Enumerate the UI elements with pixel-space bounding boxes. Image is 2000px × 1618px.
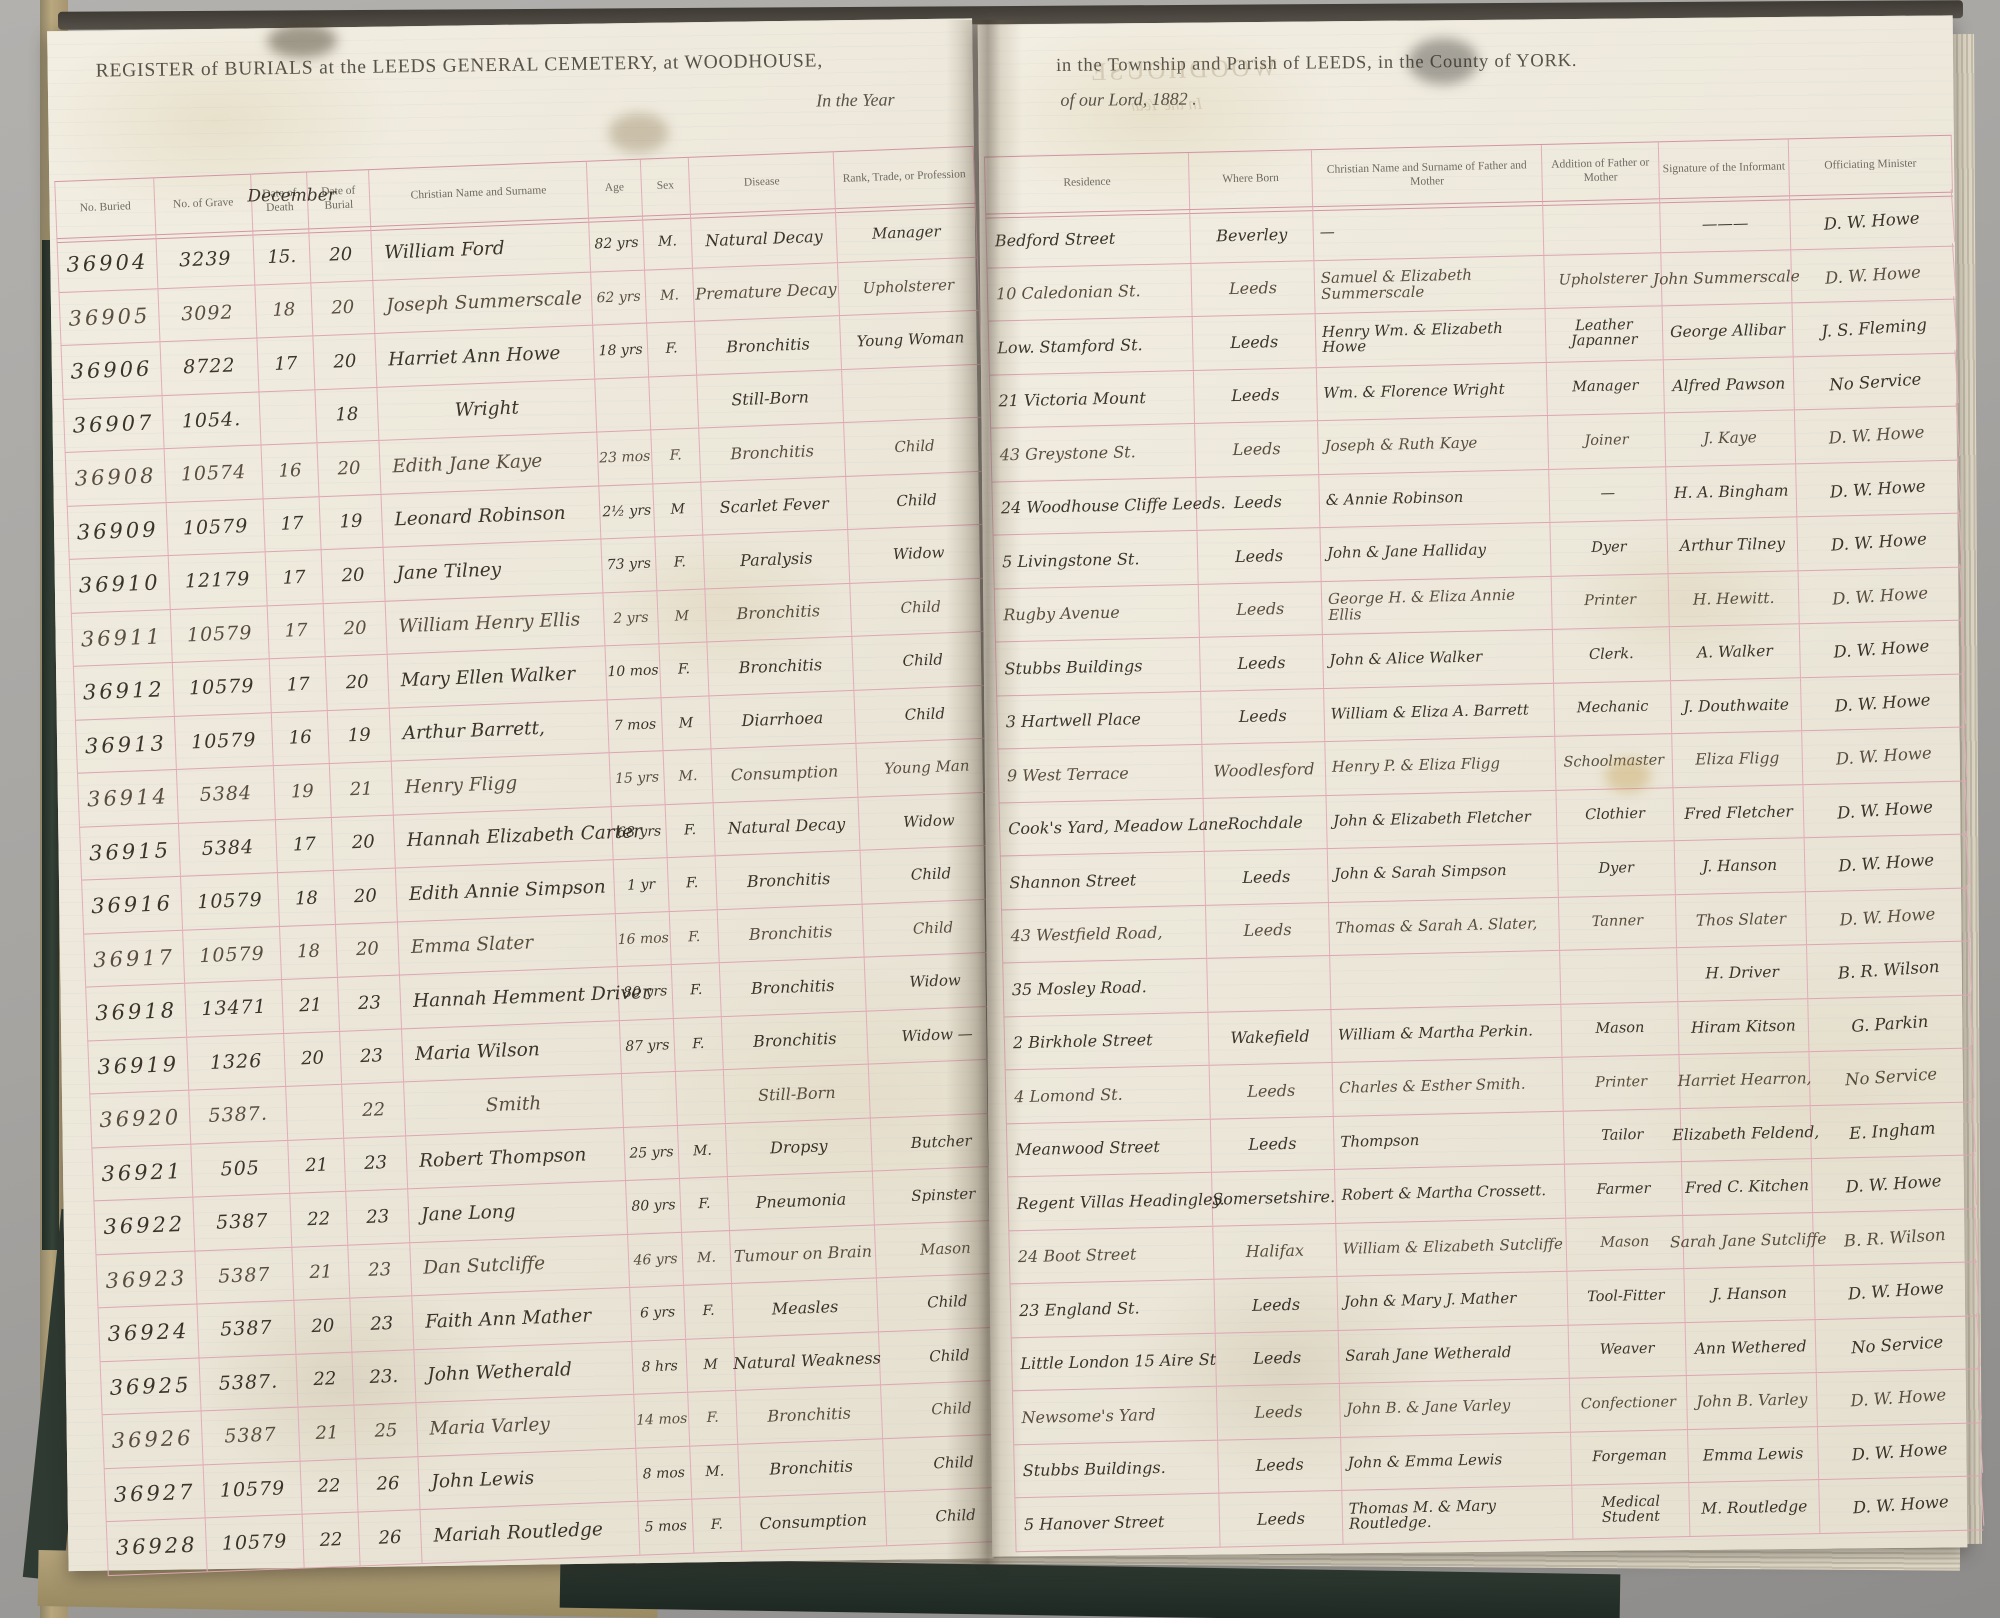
cell-small: 73 yrs (601, 537, 657, 592)
cell-min: D. W. Howe (1794, 403, 1960, 466)
cell-inf: J. Douthwaite (1671, 678, 1802, 733)
cell-date: 20 (334, 869, 398, 924)
cell-date: 19 (274, 764, 332, 819)
cell-name: Joseph Summerscale (373, 272, 593, 333)
cell-parents: Wm. & Florence Wright (1317, 362, 1548, 420)
cell-name: John Lewis (418, 1448, 638, 1509)
cell-small: F. (688, 1391, 738, 1445)
cell-num2: 5387 (197, 1301, 296, 1357)
column-header: Addition of Father or Mother (1542, 142, 1660, 201)
cell-num2: 3239 (156, 232, 255, 288)
cell-date: 22 (301, 1459, 359, 1514)
cell-num2: 5387 (202, 1408, 301, 1464)
cell-add: Tailor (1564, 1109, 1682, 1164)
cell-date: 20 (311, 280, 375, 335)
cell-small: 80 yrs (618, 965, 674, 1020)
cell-name: Jane Tilney (384, 539, 604, 600)
cell-parents: Charles & Esther Smith. (1333, 1058, 1564, 1116)
cell-name: Hannah Elizabeth Carter (394, 807, 614, 868)
cell-inf: H. Driver (1677, 945, 1808, 1000)
cell-num: 36920 (89, 1091, 191, 1147)
cell-add: Confectioner (1570, 1376, 1688, 1431)
cell-inf: J. Hanson (1684, 1266, 1815, 1321)
cell-parents: Thompson (1334, 1111, 1565, 1169)
cell-small: 80 yrs (626, 1179, 682, 1234)
cell-num2: 5387. (200, 1354, 299, 1410)
cell-res: 24 Boot Street (1008, 1226, 1214, 1283)
cell-parents: John & Elizabeth Fletcher (1327, 790, 1558, 848)
cell-res: Regent Villas Headingley. (1007, 1173, 1213, 1230)
cell-min: D. W. Howe (1790, 243, 1956, 306)
cell-inf: Thos Slater (1676, 892, 1807, 947)
cell-num2: 10579 (181, 873, 280, 929)
cell-small: 1 yr (614, 858, 670, 913)
cell-disease: Natural Decay (714, 797, 861, 855)
cell-num: 36918 (85, 984, 187, 1040)
cell-date: 16 (262, 443, 320, 498)
cell-small: 23 mos (597, 430, 653, 485)
column-header: Rank, Trade, or Profession (834, 147, 976, 208)
cell-date: 21 (292, 1245, 350, 1300)
cell-disease: Diarrhoea (709, 690, 856, 748)
cell-rank: Child (846, 471, 988, 529)
cell-name: Faith Ann Mather (412, 1288, 632, 1349)
cell-parents: Joseph & Ruth Kaye (1318, 416, 1549, 474)
cell-date: 17 (264, 497, 322, 552)
cell-rank: Widow (865, 952, 1007, 1010)
cell-disease: Bronchitis (738, 1439, 885, 1497)
cell-res: Cook's Yard, Meadow Lane (999, 798, 1205, 855)
cell-min: D. W. Howe (1795, 457, 1961, 520)
cell-num2: 10579 (183, 927, 282, 983)
cell-born: Leeds (1218, 1437, 1342, 1492)
cell-small: F. (670, 910, 720, 964)
cell-num: 36909 (67, 503, 169, 559)
cell-parents: George H. & Eliza Annie Ellis (1322, 576, 1553, 634)
cell-min: D. W. Howe (1802, 778, 1968, 841)
cell-add (1543, 199, 1661, 254)
cell-small: F. (692, 1498, 742, 1552)
cell-small: M (653, 482, 703, 536)
cell-rank: Widow (848, 525, 990, 583)
cell-small: 7 mos (608, 698, 664, 753)
cell-date: 20 (284, 1031, 342, 1086)
cell-parents: John B. & Jane Varley (1340, 1379, 1571, 1437)
cell-num2: 12179 (169, 552, 268, 608)
cell-min: D. W. Howe (1817, 1419, 1983, 1482)
cell-inf: J. Hanson (1675, 838, 1806, 893)
cell-date: 23 (350, 1296, 414, 1351)
cell-num: 36915 (79, 823, 181, 879)
cell-name: Smith (404, 1074, 624, 1135)
cell-parents: Thomas M. & Mary Routledge. (1342, 1486, 1573, 1544)
cell-parents: Henry P. & Eliza Fligg (1325, 737, 1556, 795)
cell-disease: Pneumonia (728, 1171, 875, 1229)
showthrough-ghost-text: WOODHOUSE (1088, 54, 1277, 87)
cell-min: D. W. Howe (1804, 831, 1970, 894)
cell-min: D. W. Howe (1801, 724, 1967, 787)
cell-date: 26 (359, 1510, 423, 1565)
cell-min: No Service (1815, 1312, 1981, 1375)
cell-name: Arthur Barrett, (390, 700, 610, 761)
cell-rank: Child (850, 578, 992, 636)
cell-parents: Robert & Martha Crossett. (1335, 1165, 1566, 1223)
cell-date: 17 (270, 657, 328, 712)
cell-small (676, 1070, 726, 1124)
cell-small: 82 yrs (589, 217, 645, 272)
cell-add: Manager (1547, 360, 1665, 415)
cell-born: Wakefield (1208, 1009, 1332, 1064)
cell-res: 21 Victoria Mount (989, 370, 1195, 427)
cell-num: 36904 (56, 235, 158, 291)
cell-name: Robert Thompson (406, 1127, 626, 1188)
cell-date: 19 (328, 708, 392, 763)
cell-disease: Consumption (740, 1492, 887, 1550)
cell-inf: ——— (1660, 196, 1791, 251)
column-header: No. of Grave (154, 175, 253, 235)
cell-disease: Measles (732, 1278, 879, 1336)
cell-small: 25 yrs (624, 1125, 680, 1180)
cell-born: Leeds (1214, 1277, 1338, 1332)
cell-born: Leeds (1219, 1491, 1343, 1546)
cell-small: F. (668, 856, 718, 910)
cell-date (259, 390, 317, 445)
cell-inf: Eliza Fligg (1672, 731, 1803, 786)
cell-res: 43 Greystone St. (990, 424, 1196, 481)
cell-small: F. (672, 963, 722, 1017)
column-header: Residence (984, 153, 1190, 214)
cell-res: Shannon Street (1000, 852, 1206, 909)
cell-inf: Fred C. Kitchen (1682, 1159, 1813, 1214)
cell-num2: 1054. (163, 392, 262, 448)
cell-add: Forgeman (1571, 1430, 1689, 1485)
cell-disease: Bronchitis (722, 1011, 869, 1069)
cell-parents: John & Jane Halliday (1320, 523, 1551, 581)
cell-date: 22 (342, 1082, 406, 1137)
cell-parents: John & Mary J. Mather (1337, 1272, 1568, 1330)
cell-date: 20 (332, 815, 396, 870)
cell-add: Dyer (1550, 520, 1668, 575)
cell-small (649, 375, 699, 429)
cell-date: 23 (340, 1029, 404, 1084)
cell-num: 36907 (63, 396, 165, 452)
cell-parents: — (1313, 202, 1544, 260)
cell-small: 16 mos (616, 912, 672, 967)
cell-small: M (662, 696, 712, 750)
cell-add: Tanner (1559, 895, 1677, 950)
cell-date: 18 (280, 924, 338, 979)
cell-res: 3 Hartwell Place (996, 691, 1202, 748)
cell-disease: Bronchitis (707, 637, 854, 695)
cell-num: 36906 (61, 342, 163, 398)
cell-born (1207, 956, 1331, 1011)
cell-born: Leeds (1197, 528, 1321, 583)
cell-num2: 10574 (165, 445, 264, 501)
cell-born: Leeds (1217, 1384, 1341, 1439)
cell-res: 5 Livingstone St. (993, 531, 1199, 588)
column-header: Where Born (1189, 150, 1313, 209)
column-header: Age (587, 160, 643, 218)
cell-num2: 5387 (195, 1247, 294, 1303)
cell-date (286, 1085, 344, 1140)
cell-num: 36928 (106, 1518, 208, 1574)
cell-num2: 8722 (160, 338, 259, 394)
cell-disease: Bronchitis (699, 423, 846, 481)
cell-num2: 10579 (204, 1461, 303, 1517)
cell-date: 20 (326, 655, 390, 710)
cell-small: 8 hrs (632, 1339, 688, 1394)
cell-add: Leather Japanner (1546, 306, 1664, 361)
cell-small (622, 1072, 678, 1127)
cell-date: 17 (268, 604, 326, 659)
cell-parents: Henry Wm. & Elizabeth Howe (1316, 309, 1547, 367)
cell-small: F. (684, 1284, 734, 1338)
cell-born: Leeds (1200, 635, 1324, 690)
cell-date: 22 (290, 1192, 348, 1247)
cell-date: 20 (336, 922, 400, 977)
cell-inf: John B. Varley (1687, 1373, 1818, 1428)
cell-num: 36921 (91, 1144, 193, 1200)
cell-res: Stubbs Buildings (995, 638, 1201, 695)
cell-small: F. (666, 803, 716, 857)
cell-disease: Consumption (712, 744, 859, 802)
scanned-register-book: REGISTER of BURIALS at the LEEDS GENERAL… (0, 0, 2000, 1618)
cell-disease: Bronchitis (720, 958, 867, 1016)
cell-num2: 5384 (179, 820, 278, 876)
cell-rank: Child (863, 899, 1005, 957)
cell-date: 23 (348, 1243, 412, 1298)
cell-name: Mariah Routledge (421, 1502, 641, 1563)
cell-date: 17 (276, 817, 334, 872)
cell-name: William Ford (371, 219, 591, 280)
column-header: Signature of the Informant (1659, 139, 1790, 198)
cell-small: M. (664, 749, 714, 803)
stain (608, 113, 669, 154)
cell-name: Hannah Hemment Driver (400, 967, 620, 1028)
cell-num: 36919 (87, 1037, 189, 1093)
cell-name: John Wetherald (414, 1341, 634, 1402)
cell-small: M. (678, 1124, 728, 1178)
cell-parents: Samuel & Elizabeth Summerscale (1314, 255, 1545, 313)
cell-disease: Natural Decay (691, 209, 838, 267)
cell-add: Mason (1566, 1216, 1684, 1271)
cell-num: 36917 (83, 930, 185, 986)
cell-name: Emma Slater (398, 914, 618, 975)
cell-res: 9 West Terrace (997, 745, 1203, 802)
cell-res: Meanwood Street (1006, 1119, 1212, 1176)
column-header: Christian Name and Surname (369, 162, 589, 226)
cell-parents: Thomas & Sarah A. Slater, (1329, 897, 1560, 955)
cell-inf: Hiram Kitson (1678, 999, 1809, 1054)
cell-res: 43 Westfield Road, (1001, 905, 1207, 962)
cell-res: Stubbs Buildings. (1013, 1440, 1219, 1497)
cell-res: Rugby Avenue (994, 584, 1200, 641)
cell-rank: Manager (836, 204, 978, 262)
cell-num: 36923 (95, 1251, 197, 1307)
cell-disease: Dropsy (726, 1118, 873, 1176)
cell-date: 20 (309, 227, 373, 282)
cell-name: Henry Fligg (392, 753, 612, 814)
cell-date: 20 (317, 441, 381, 496)
cell-add: Clerk. (1553, 627, 1671, 682)
cell-small: M. (643, 215, 693, 269)
cell-small: 62 yrs (591, 270, 647, 325)
cell-small: 14 mos (634, 1393, 690, 1448)
stain (267, 23, 337, 58)
cell-date: 23 (346, 1189, 410, 1244)
cell-small: M. (682, 1231, 732, 1285)
cell-date: 23 (344, 1136, 408, 1191)
cell-born: Halifax (1213, 1223, 1337, 1278)
cell-min: G. Parkin (1807, 991, 1973, 1054)
cell-date: 20 (322, 548, 386, 603)
cell-parents: John & Alice Walker (1323, 630, 1554, 688)
cell-name: Harriet Ann Howe (375, 326, 595, 387)
cell-small: F. (674, 1017, 724, 1071)
page-title-left: REGISTER of BURIALS at the LEEDS GENERAL… (96, 50, 824, 82)
cell-num: 36910 (69, 556, 171, 612)
cell-add: Mason (1561, 1002, 1679, 1057)
cell-min: D. W. Howe (1816, 1366, 1982, 1429)
cell-add: Clothier (1556, 788, 1674, 843)
cell-disease: Premature Decay (693, 263, 840, 321)
cell-date: 22 (296, 1352, 354, 1407)
cell-date: 21 (298, 1406, 356, 1461)
cell-small: M (686, 1337, 736, 1391)
column-header: Disease (689, 152, 836, 214)
cell-disease: Bronchitis (695, 316, 842, 374)
cell-small: 18 yrs (593, 324, 649, 379)
cell-date: 17 (266, 550, 324, 605)
cell-add: — (1549, 467, 1667, 522)
cell-small: 6 yrs (630, 1286, 686, 1341)
cell-num2: 5384 (177, 766, 276, 822)
cell-born: Beverley (1190, 207, 1314, 262)
cell-date: 21 (282, 978, 340, 1033)
cell-small: 68 yrs (612, 805, 668, 860)
cell-disease: Tumour on Brain (730, 1225, 877, 1283)
cell-disease: Bronchitis (736, 1385, 883, 1443)
cell-num: 36914 (77, 770, 179, 826)
cell-min: D. W. Howe (1796, 510, 1962, 573)
cell-born: Leeds (1205, 849, 1329, 904)
cell-min: D. W. Howe (1811, 1152, 1977, 1215)
cell-num: 36908 (65, 449, 167, 505)
cell-num2: 3092 (158, 285, 257, 341)
cell-small: F. (680, 1177, 730, 1231)
cell-inf: J. Kaye (1665, 410, 1796, 465)
cell-small: M. (645, 268, 695, 322)
cell-res: 23 England St. (1010, 1280, 1216, 1337)
cell-num2: 10579 (167, 499, 266, 555)
cell-add: Weaver (1569, 1323, 1687, 1378)
cell-min: D. W. Howe (1818, 1473, 1984, 1536)
cell-name: Jane Long (408, 1181, 628, 1242)
column-header: Christian Name and Surname of Father and… (1312, 145, 1543, 206)
cell-inf: M. Routledge (1689, 1480, 1820, 1535)
cell-date: 19 (320, 494, 384, 549)
cell-add: Medical Student (1572, 1483, 1690, 1538)
cell-num2: 5387 (193, 1194, 292, 1250)
cell-num2: 10579 (206, 1515, 305, 1571)
cell-small: F. (655, 536, 705, 590)
cell-add: Printer (1563, 1055, 1681, 1110)
cell-add: Joiner (1548, 413, 1666, 468)
cell-res: Little London 15 Aire St (1011, 1333, 1217, 1390)
cell-num: 36925 (100, 1358, 202, 1414)
cell-inf: H. A. Bingham (1666, 464, 1797, 519)
cell-small: M (657, 589, 707, 643)
cell-born: Leeds (1210, 1063, 1334, 1118)
cell-small: 2 yrs (603, 591, 659, 646)
cell-born: Leeds (1201, 689, 1325, 744)
showthrough-ghost-text-2: In the Year (1128, 94, 1203, 116)
cell-parents: & Annie Robinson (1319, 469, 1550, 527)
burial-table-right: ResidenceWhere BornChristian Name and Su… (984, 135, 1983, 1552)
cell-num2: 10579 (173, 659, 272, 715)
cell-min: No Service (1793, 350, 1959, 413)
cell-small: M. (690, 1444, 740, 1498)
cell-parents: Sarah Jane Wetherald (1339, 1325, 1570, 1383)
cell-res: Newsome's Yard (1012, 1387, 1218, 1444)
cell-born: Woodlesford (1202, 742, 1326, 797)
cell-small: 8 mos (636, 1446, 692, 1501)
cell-rank: Child (844, 418, 986, 476)
cell-small: F. (647, 322, 697, 376)
cell-date: 26 (357, 1457, 421, 1512)
cell-num2: 1326 (187, 1033, 286, 1089)
cell-parents: William & Elizabeth Sutcliffe (1336, 1218, 1567, 1276)
cell-rank: Widow (858, 792, 1000, 850)
cell-min: B. R. Wilson (1806, 938, 1972, 1001)
cell-num2: 13471 (185, 980, 284, 1036)
cell-min: E. Ingham (1810, 1098, 1976, 1161)
cell-rank: Child (854, 685, 996, 743)
cell-num: 36924 (98, 1305, 200, 1361)
cell-rank: Young Woman (840, 311, 982, 369)
column-header: No. Buried (54, 178, 156, 238)
cell-born: Leeds (1194, 368, 1318, 423)
cell-inf: Fred Fletcher (1673, 785, 1804, 840)
cell-parents: William & Eliza A. Barrett (1324, 683, 1555, 741)
cell-date: 23. (352, 1350, 416, 1405)
cell-name: Wright (377, 379, 597, 440)
cell-born: Leeds (1199, 582, 1323, 637)
cell-date: 20 (294, 1299, 352, 1354)
column-header: Sex (641, 158, 691, 216)
cell-born: Leeds (1206, 903, 1330, 958)
cell-date: 20 (324, 601, 388, 656)
cell-born: Leeds (1195, 421, 1319, 476)
cell-small (595, 377, 651, 432)
cell-min: J. S. Fleming (1791, 296, 1957, 359)
cell-date: 20 (313, 334, 377, 389)
cell-res: 35 Mosley Road. (1002, 959, 1208, 1016)
cell-disease: Still-Born (724, 1065, 871, 1123)
register-page-left: REGISTER of BURIALS at the LEEDS GENERAL… (47, 18, 993, 1571)
cell-name: Edith Annie Simpson (396, 860, 616, 921)
burial-table-left: No. BuriedNo. of GraveDate of DeathDate … (54, 146, 1027, 1576)
cell-born: Leeds (1216, 1330, 1340, 1385)
cell-date: 18 (278, 871, 336, 926)
cell-date: 21 (288, 1138, 346, 1193)
cell-add: Tool-Fitter (1567, 1269, 1685, 1324)
column-header: Officiating Minister (1789, 136, 1953, 196)
cell-num: 36905 (59, 289, 161, 345)
cell-date: 15. (253, 229, 311, 284)
cell-date: 16 (272, 711, 330, 766)
cell-min: D. W. Howe (1800, 671, 1966, 734)
